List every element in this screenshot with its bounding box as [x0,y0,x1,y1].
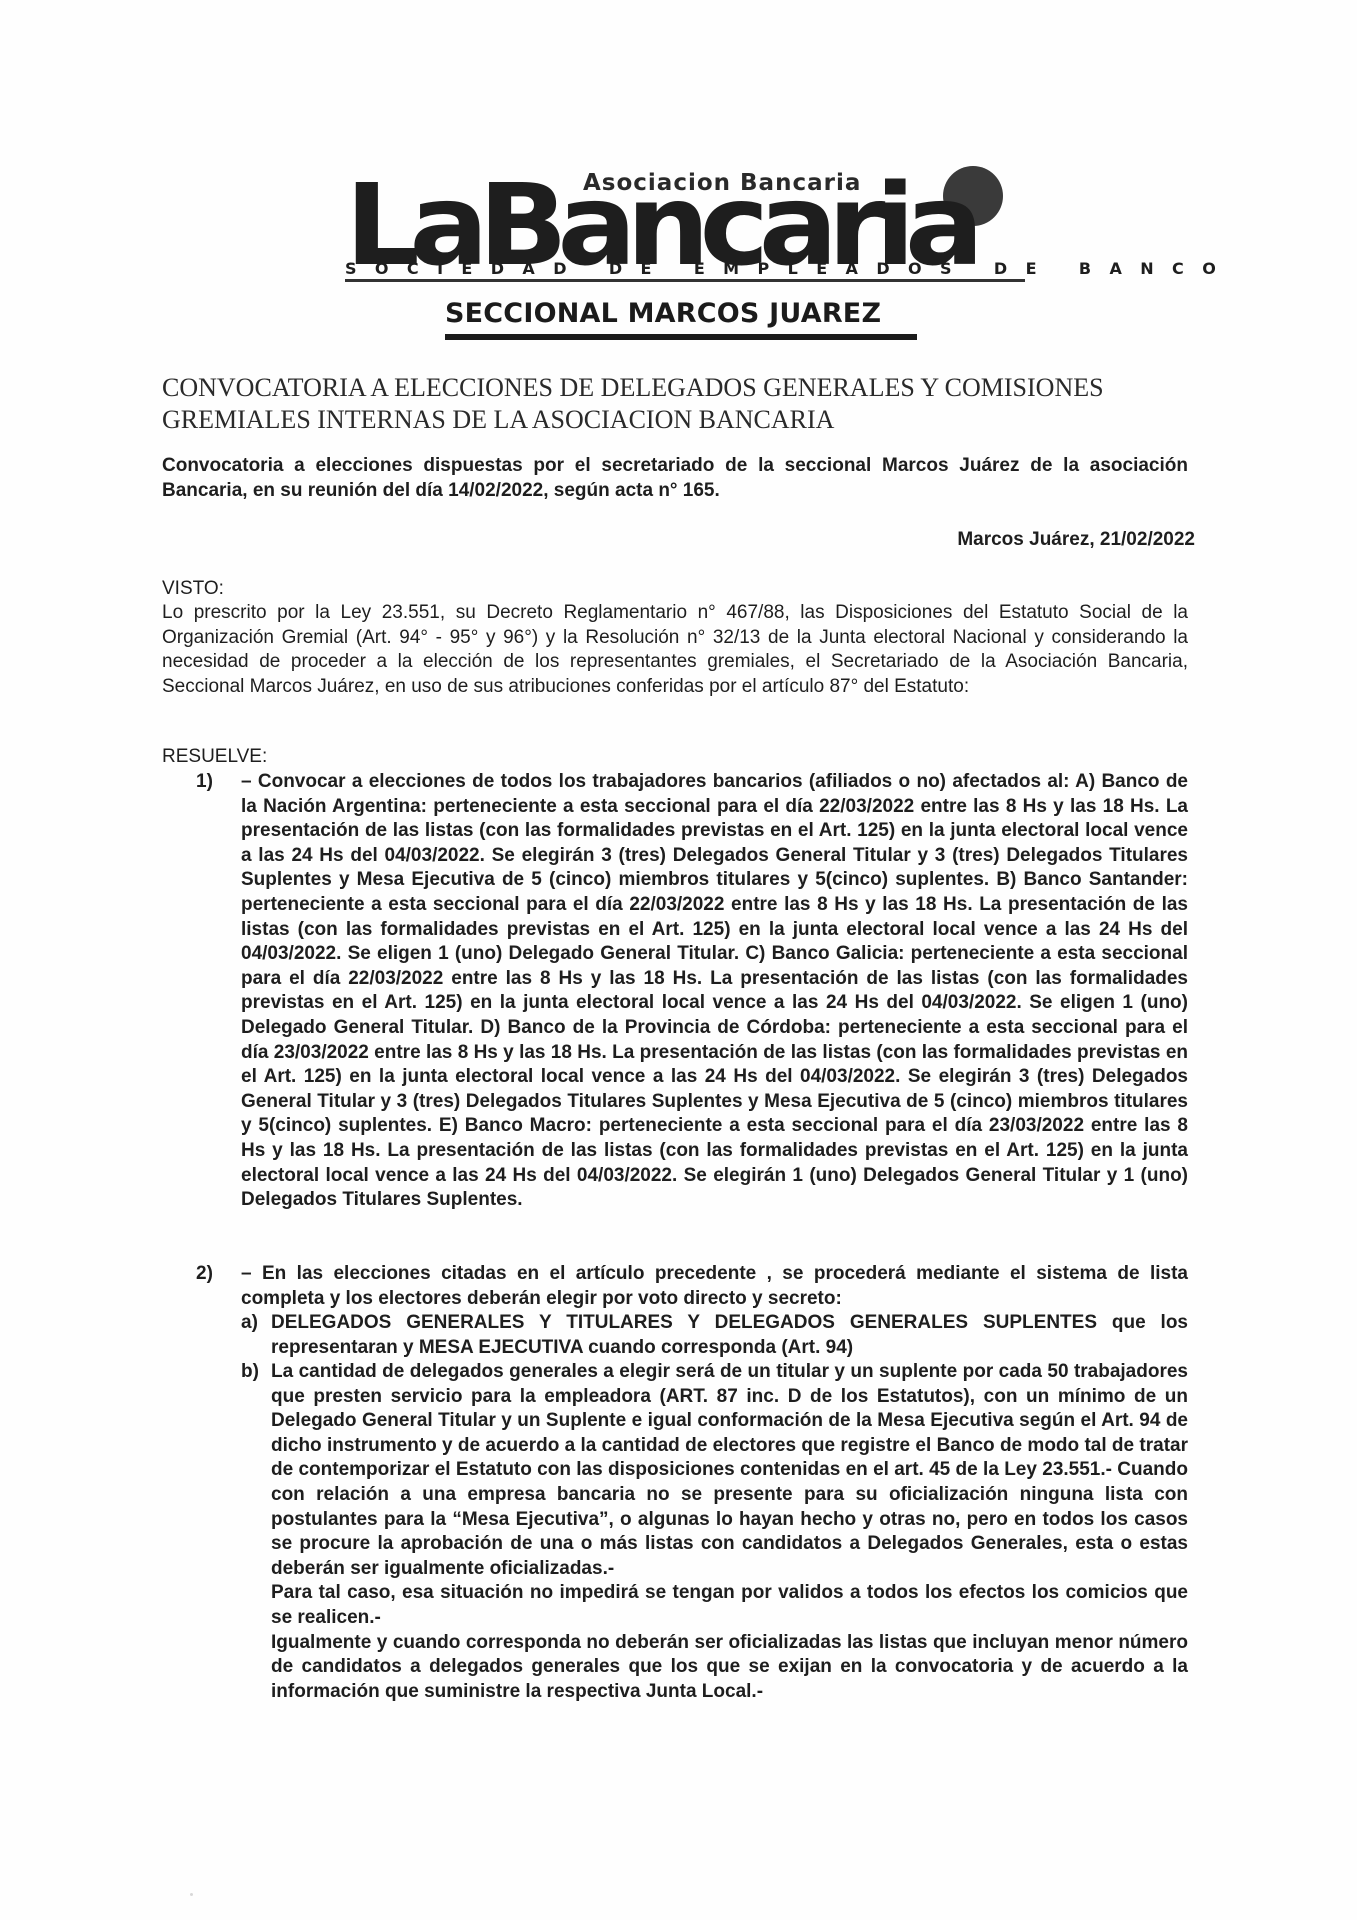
subitem-text: DELEGADOS GENERALES Y TITULARES Y DELEGA… [271,1311,1188,1360]
intro-paragraph: Convocatoria a elecciones dispuestas por… [162,454,1188,503]
subitem-continuation-2: Igualmente y cuando corresponda no deber… [271,1631,1188,1705]
logo-tagline: SOCIEDAD DE EMPLEADOS DE BANCO [345,259,1025,282]
resuelve-heading: RESUELVE: [162,745,267,770]
seccional-heading: SECCIONAL MARCOS JUAREZ [445,298,881,329]
resuelve-subitem-b: b) La cantidad de delegados generales a … [241,1360,1188,1704]
logo-top-line: Asociacion Bancaria [583,170,861,196]
scan-artifact [190,1893,193,1896]
subitem-letter: b) [241,1360,259,1385]
place-date: Marcos Juárez, 21/02/2022 [957,528,1195,553]
resuelve-item-1: 1) – Convocar a elecciones de todos los … [196,770,1188,1213]
subitem-letter: a) [241,1311,258,1336]
subitem-continuation-1: Para tal caso, esa situación no impedirá… [271,1581,1188,1630]
seccional-underline [445,334,917,340]
item-number: 1) [196,770,213,795]
document-title: CONVOCATORIA A ELECCIONES DE DELEGADOS G… [162,372,1162,436]
visto-heading: VISTO: [162,577,224,602]
item-text: – En las elecciones citadas en el artícu… [241,1262,1188,1311]
document-page: LaBancaria Asociacion Bancaria SOCIEDAD … [0,0,1357,1920]
subitem-text: La cantidad de delegados generales a ele… [271,1360,1188,1581]
resuelve-subitem-a: a) DELEGADOS GENERALES Y TITULARES Y DEL… [241,1311,1188,1360]
visto-paragraph: Lo prescrito por la Ley 23.551, su Decre… [162,601,1188,699]
item-number: 2) [196,1262,213,1287]
la-bancaria-logo: LaBancaria Asociacion Bancaria SOCIEDAD … [345,162,1025,287]
resuelve-item-2: 2) – En las elecciones citadas en el art… [196,1262,1188,1311]
item-text: – Convocar a elecciones de todos los tra… [241,770,1188,1213]
